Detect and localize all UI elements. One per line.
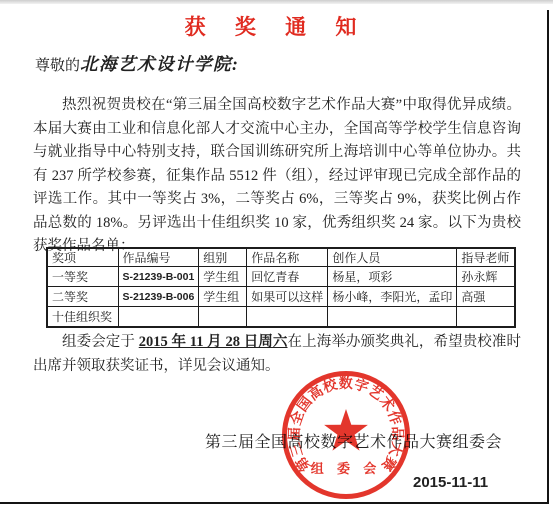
table-cell: [457, 307, 515, 328]
table-cell: S-21239-B-001: [118, 267, 199, 287]
page-top-edge: [0, 0, 553, 4]
table-cell: [118, 307, 199, 328]
table-row: 奖项作品编号组别作品名称创作人员指导老师: [47, 248, 515, 267]
ceremony-date: 2015 年 11 月 28 日周六: [139, 334, 288, 350]
table-cell: [199, 307, 247, 328]
seal-star: [324, 409, 368, 451]
greeting-prefix: 尊敬的: [35, 58, 80, 74]
award-notice-page: { "document": { "title": "获 奖 通 知", "gre…: [0, 0, 553, 512]
table-cell: 如果可以这样: [247, 287, 328, 307]
page-right-edge: [547, 10, 549, 504]
school-name: 北海艺术设计学院:: [80, 54, 239, 74]
table-row: 十佳组织奖: [47, 307, 515, 328]
table-cell: 十佳组织奖: [47, 307, 118, 328]
body-paragraph: 热烈祝贺贵校在“第三届全国高校数字艺术作品大赛”中取得优异成绩。本届大赛由工业和…: [33, 94, 521, 259]
greeting-line: 尊敬的北海艺术设计学院:: [35, 51, 239, 76]
table-cell: [328, 307, 457, 328]
notice-title: 获 奖 通 知: [0, 11, 553, 41]
table-row: 二等奖S-21239-B-006学生组如果可以这样杨小峰，李阳光，孟印高强: [47, 287, 515, 307]
table-cell: 学生组: [199, 267, 247, 287]
table-cell: 回忆青春: [247, 267, 328, 287]
table-cell: S-21239-B-006: [118, 287, 199, 307]
table-cell: [247, 307, 328, 328]
table-cell: 一等奖: [47, 267, 118, 287]
issue-date: 2015-11-11: [413, 474, 488, 491]
table-header-cell: 作品编号: [118, 248, 199, 267]
table-cell: 杨星，项彩: [328, 267, 457, 287]
page-bottom-edge: [0, 502, 549, 504]
table-cell: 杨小峰，李阳光，孟印: [328, 287, 457, 307]
closing-part1: 组委会定于: [62, 334, 139, 350]
table-header-cell: 作品名称: [247, 248, 328, 267]
table-cell: 学生组: [199, 287, 247, 307]
awards-table: 奖项作品编号组别作品名称创作人员指导老师一等奖S-21239-B-001学生组回…: [46, 247, 516, 328]
official-seal: 第三届全国高校数字艺术作品大赛 组 委 会: [276, 365, 416, 505]
table-cell: 二等奖: [47, 287, 118, 307]
table-cell: 高强: [457, 287, 515, 307]
table-row: 一等奖S-21239-B-001学生组回忆青春杨星，项彩孙永辉: [47, 267, 515, 287]
awards-table-body: 奖项作品编号组别作品名称创作人员指导老师一等奖S-21239-B-001学生组回…: [47, 248, 515, 327]
table-header-cell: 创作人员: [328, 248, 457, 267]
seal-bottom-text: 组 委 会: [311, 461, 382, 476]
table-header-cell: 奖项: [47, 248, 118, 267]
table-cell: 孙永辉: [457, 267, 515, 287]
table-header-cell: 指导老师: [457, 248, 515, 267]
table-header-cell: 组别: [199, 248, 247, 267]
